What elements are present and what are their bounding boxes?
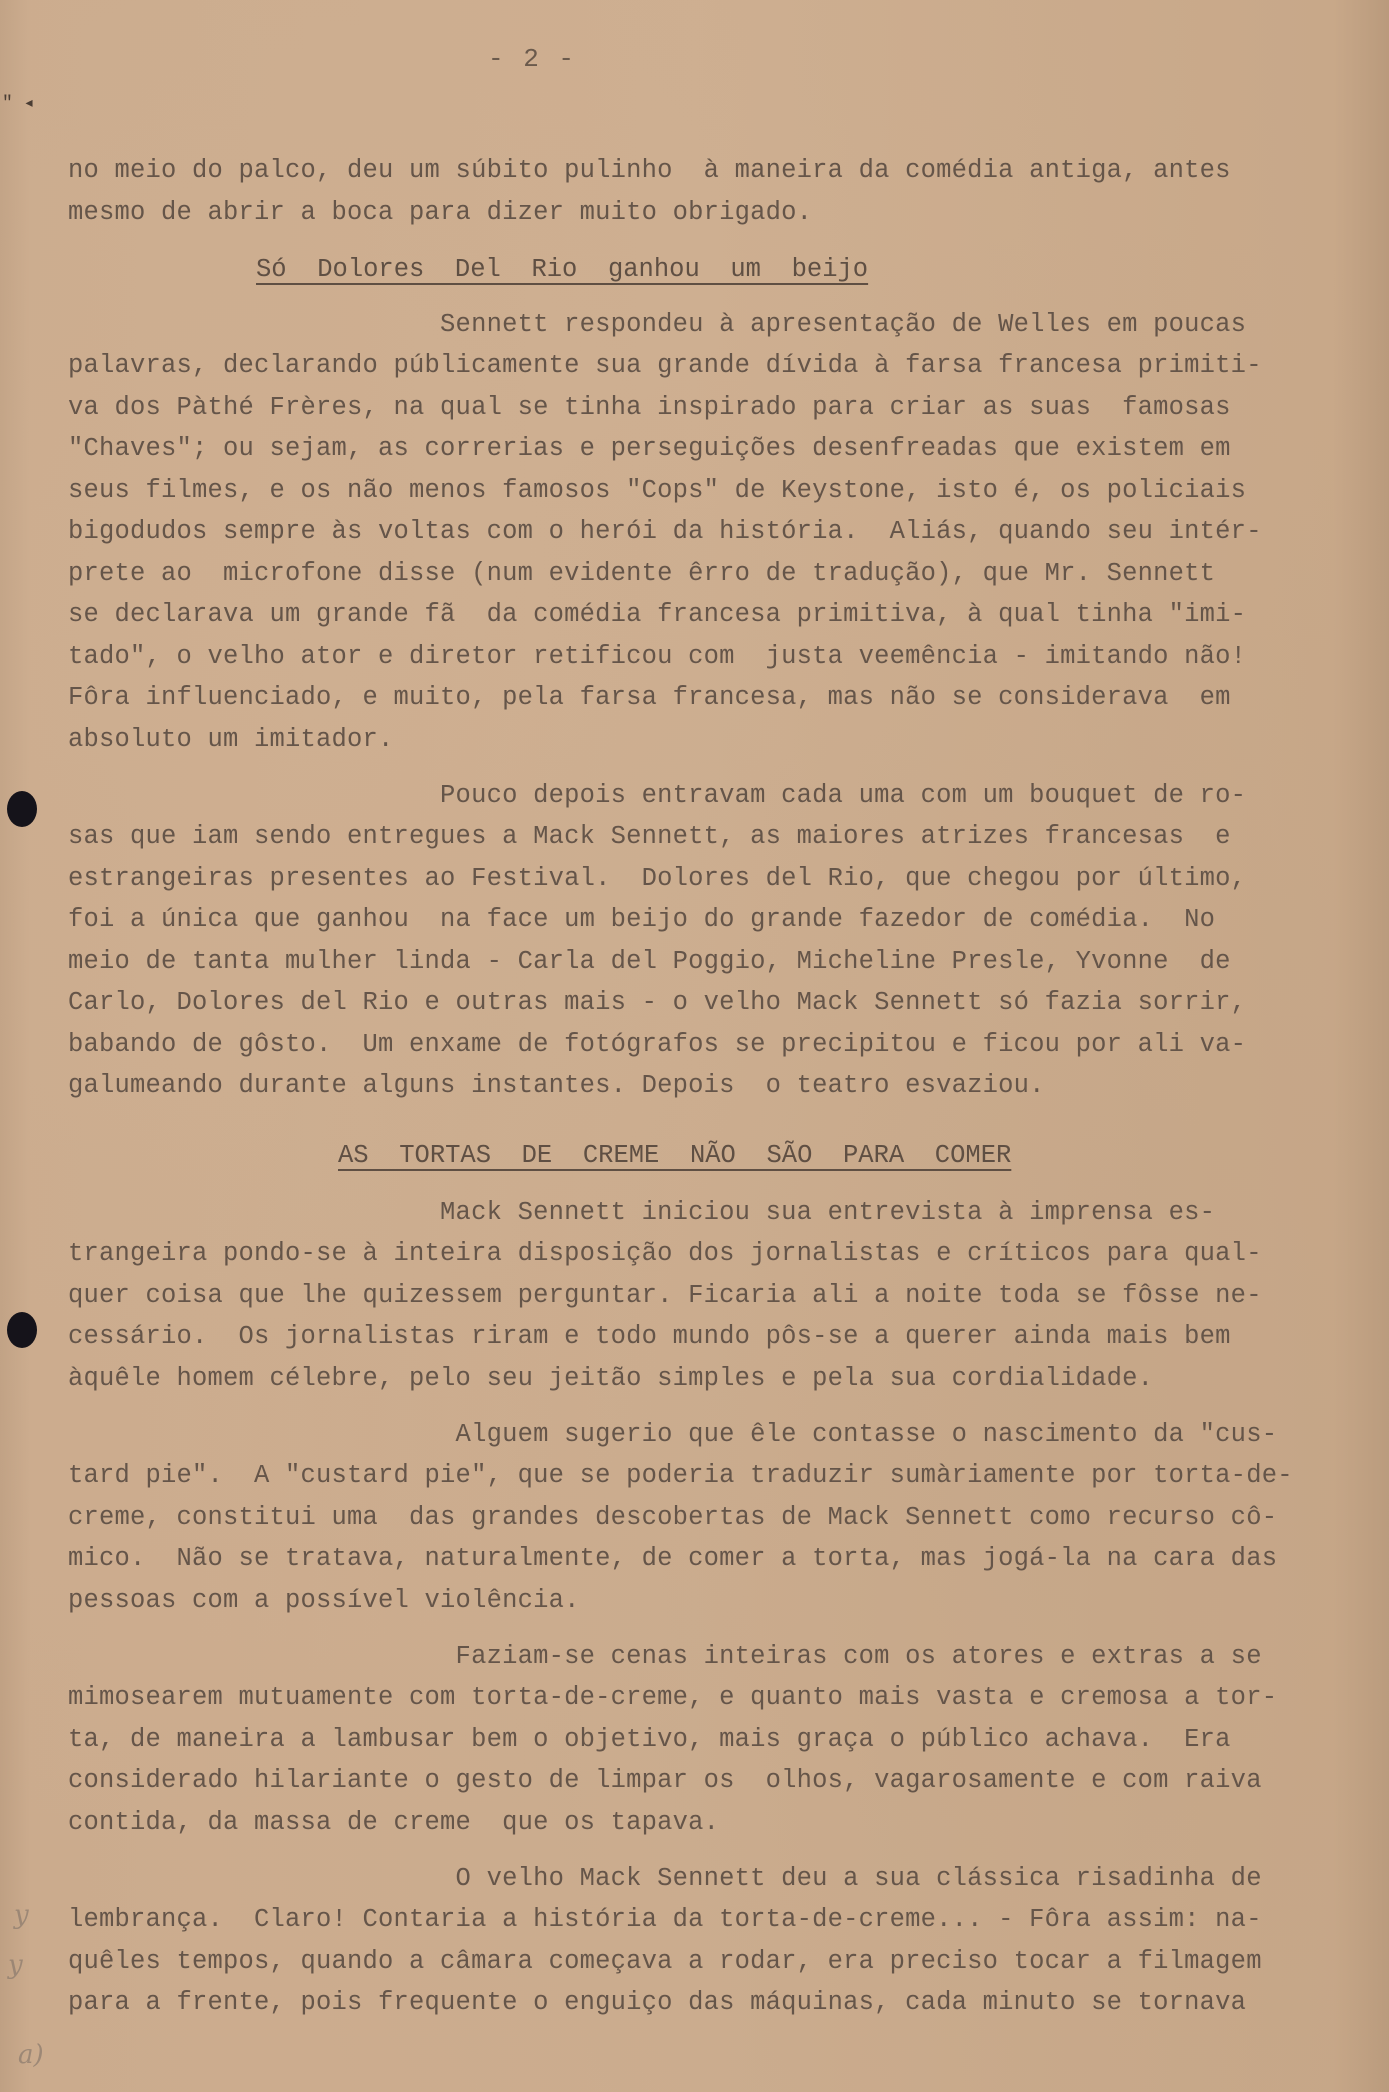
text-line: tado", o velho ator e diretor retificou …	[68, 642, 1246, 671]
text-line: para a frente, pois frequente o enguiço …	[68, 1988, 1246, 2017]
page-number: - 2 -	[488, 44, 576, 74]
text-line: àquêle homem célebre, pelo seu jeitão si…	[68, 1364, 1153, 1393]
text-line: creme, constitui uma das grandes descobe…	[68, 1503, 1277, 1532]
text-line: sas que iam sendo entregues a Mack Senne…	[68, 822, 1231, 851]
text-line: prete ao microfone disse (num evidente ê…	[68, 559, 1215, 588]
text-line: O velho Mack Sennett deu a sua clássica …	[68, 1864, 1262, 1893]
text-line: quêles tempos, quando a câmara começava …	[68, 1947, 1262, 1976]
text-line: Alguem sugerio que êle contasse o nascim…	[68, 1420, 1277, 1449]
text-line: bigodudos sempre às voltas com o herói d…	[68, 517, 1262, 546]
pencil-note: a)	[18, 2040, 44, 2070]
section-heading: Só Dolores Del Rio ganhou um beijo	[256, 255, 868, 284]
text-line: seus filmes, e os não menos famosos "Cop…	[68, 476, 1246, 505]
text-line: babando de gôsto. Um enxame de fotógrafo…	[68, 1030, 1246, 1059]
text-line: va dos Pàthé Frères, na qual se tinha in…	[68, 393, 1231, 422]
text-line: Pouco depois entravam cada uma com um bo…	[68, 781, 1246, 810]
punch-hole	[7, 1312, 37, 1348]
margin-mark: " ◂	[2, 92, 34, 114]
text-line: Sennett respondeu à apresentação de Well…	[68, 310, 1246, 339]
text-line: no meio do palco, deu um súbito pulinho …	[68, 156, 1231, 185]
typewritten-page: - 2 - " ◂ no meio do palco, deu um súbit…	[0, 0, 1389, 2092]
text-line: Fôra influenciado, e muito, pela farsa f…	[68, 683, 1231, 712]
section-heading: AS TORTAS DE CREME NÃO SÃO PARA COMER	[338, 1141, 1011, 1170]
text-line: cessário. Os jornalistas riram e todo mu…	[68, 1322, 1231, 1351]
text-line: Mack Sennett iniciou sua entrevista à im…	[68, 1198, 1215, 1227]
text-line: ta, de maneira a lambusar bem o objetivo…	[68, 1725, 1231, 1754]
text-line: mico. Não se tratava, naturalmente, de c…	[68, 1544, 1277, 1573]
text-line: estrangeiras presentes ao Festival. Dolo…	[68, 864, 1246, 893]
text-line: mesmo de abrir a boca para dizer muito o…	[68, 198, 812, 227]
text-line: meio de tanta mulher linda - Carla del P…	[68, 947, 1231, 976]
text-line: galumeando durante alguns instantes. Dep…	[68, 1071, 1045, 1100]
pencil-note: y	[8, 1950, 23, 1980]
text-line: se declarava um grande fã da comédia fra…	[68, 600, 1246, 629]
text-line: "Chaves"; ou sejam, as correrias e perse…	[68, 434, 1231, 463]
text-line: contida, da massa de creme que os tapava…	[68, 1808, 719, 1837]
text-line: absoluto um imitador.	[68, 725, 394, 754]
text-line: mimosearem mutuamente com torta-de-creme…	[68, 1683, 1277, 1712]
punch-hole	[7, 791, 37, 827]
text-line: pessoas com a possível violência.	[68, 1586, 580, 1615]
text-line: foi a única que ganhou na face um beijo …	[68, 905, 1215, 934]
text-line: quer coisa que lhe quizessem perguntar. …	[68, 1281, 1262, 1310]
text-line: Carlo, Dolores del Rio e outras mais - o…	[68, 988, 1246, 1017]
text-line: considerado hilariante o gesto de limpar…	[68, 1766, 1262, 1795]
text-line: tard pie". A "custard pie", que se poder…	[68, 1461, 1293, 1490]
pencil-note: y	[14, 1900, 29, 1930]
text-line: palavras, declarando públicamente sua gr…	[68, 351, 1262, 380]
text-line: trangeira pondo-se à inteira disposição …	[68, 1239, 1262, 1268]
text-line: lembrança. Claro! Contaria a história da…	[68, 1905, 1262, 1934]
text-line: Faziam-se cenas inteiras com os atores e…	[68, 1642, 1262, 1671]
